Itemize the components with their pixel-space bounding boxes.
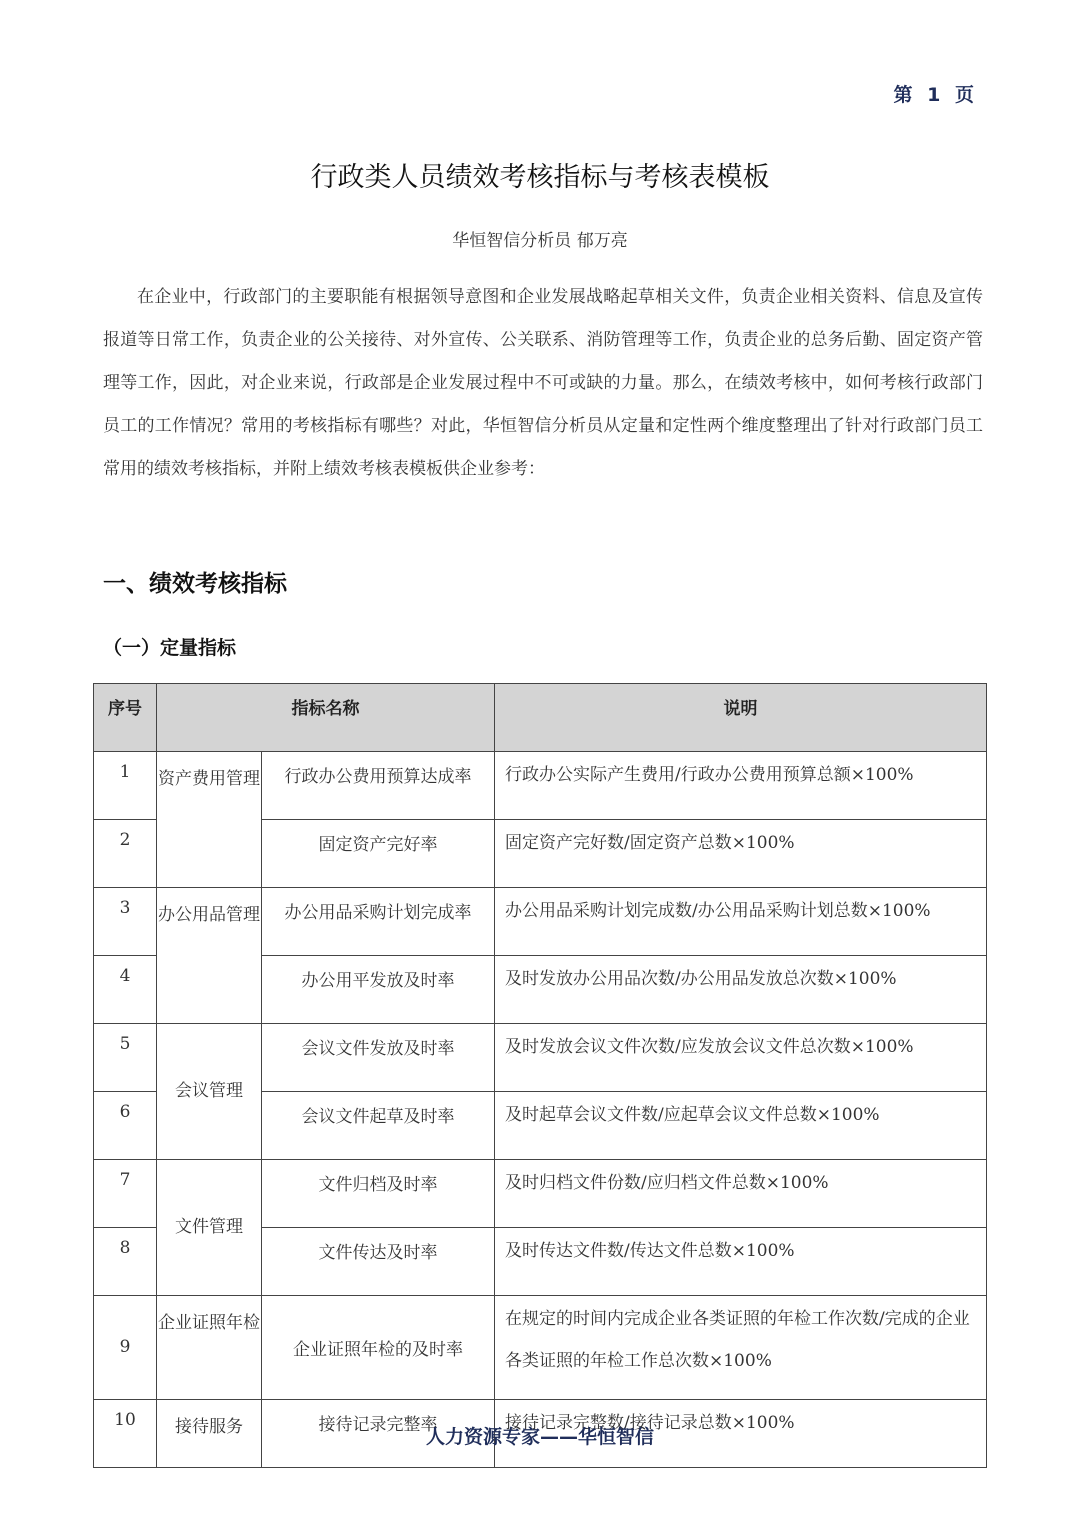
indicator-description: 及时发放办公用品次数/办公用品发放总次数×100% [495, 956, 987, 1024]
header-no: 序号 [94, 684, 157, 752]
category-cell: 文件管理 [157, 1160, 262, 1296]
indicator-name: 文件归档及时率 [262, 1160, 495, 1228]
row-number: 1 [94, 752, 157, 820]
indicator-name: 企业证照年检的及时率 [262, 1296, 495, 1400]
row-number: 6 [94, 1092, 157, 1160]
indicator-description: 固定资产完好数/固定资产总数×100% [495, 820, 987, 888]
indicator-name: 办公用平发放及时率 [262, 956, 495, 1024]
indicator-description: 及时起草会议文件数/应起草会议文件总数×100% [495, 1092, 987, 1160]
row-number: 7 [94, 1160, 157, 1228]
table-row: 5 会议管理 会议文件发放及时率 及时发放会议文件次数/应发放会议文件总次数×1… [94, 1024, 987, 1092]
indicator-description: 及时发放会议文件次数/应发放会议文件总次数×100% [495, 1024, 987, 1092]
category-cell: 资产费用管理 [157, 752, 262, 888]
section-heading: 一、绩效考核指标 [103, 565, 287, 598]
row-number: 3 [94, 888, 157, 956]
table-row: 9 企业证照年检 企业证照年检的及时率 在规定的时间内完成企业各类证照的年检工作… [94, 1296, 987, 1400]
category-cell: 办公用品管理 [157, 888, 262, 1024]
indicator-description: 办公用品采购计划完成数/办公用品采购计划总数×100% [495, 888, 987, 956]
indicator-name: 固定资产完好率 [262, 820, 495, 888]
row-number: 9 [94, 1296, 157, 1400]
header-description: 说明 [495, 684, 987, 752]
page-number: 第 1 页 [894, 80, 978, 107]
quantitative-indicators-table: 序号 指标名称 说明 1 资产费用管理 行政办公费用预算达成率 行政办公实际产生… [93, 683, 987, 1468]
indicator-name: 行政办公费用预算达成率 [262, 752, 495, 820]
table-header-row: 序号 指标名称 说明 [94, 684, 987, 752]
indicator-description: 及时归档文件份数/应归档文件总数×100% [495, 1160, 987, 1228]
table-row: 1 资产费用管理 行政办公费用预算达成率 行政办公实际产生费用/行政办公费用预算… [94, 752, 987, 820]
row-number: 8 [94, 1228, 157, 1296]
table-row: 7 文件管理 文件归档及时率 及时归档文件份数/应归档文件总数×100% [94, 1160, 987, 1228]
indicator-description: 行政办公实际产生费用/行政办公费用预算总额×100% [495, 752, 987, 820]
row-number: 5 [94, 1024, 157, 1092]
indicator-name: 文件传达及时率 [262, 1228, 495, 1296]
indicator-description: 及时传达文件数/传达文件总数×100% [495, 1228, 987, 1296]
indicator-name: 会议文件起草及时率 [262, 1092, 495, 1160]
indicator-description: 在规定的时间内完成企业各类证照的年检工作次数/完成的企业各类证照的年检工作总次数… [495, 1296, 987, 1400]
document-title: 行政类人员绩效考核指标与考核表模板 [0, 155, 1080, 194]
indicator-name: 会议文件发放及时率 [262, 1024, 495, 1092]
intro-paragraph: 在企业中，行政部门的主要职能有根据领导意图和企业发展战略起草相关文件，负责企业相… [103, 276, 983, 491]
author-line: 华恒智信分析员 郁万亮 [0, 226, 1080, 251]
table-row: 3 办公用品管理 办公用品采购计划完成率 办公用品采购计划完成数/办公用品采购计… [94, 888, 987, 956]
row-number: 4 [94, 956, 157, 1024]
header-indicator: 指标名称 [157, 684, 495, 752]
row-number: 2 [94, 820, 157, 888]
category-cell: 会议管理 [157, 1024, 262, 1160]
footer-slogan: 人力资源专家——华恒智信 [0, 1422, 1080, 1449]
indicator-name: 办公用品采购计划完成率 [262, 888, 495, 956]
category-cell: 企业证照年检 [157, 1296, 262, 1400]
subsection-heading: （一）定量指标 [103, 633, 236, 660]
